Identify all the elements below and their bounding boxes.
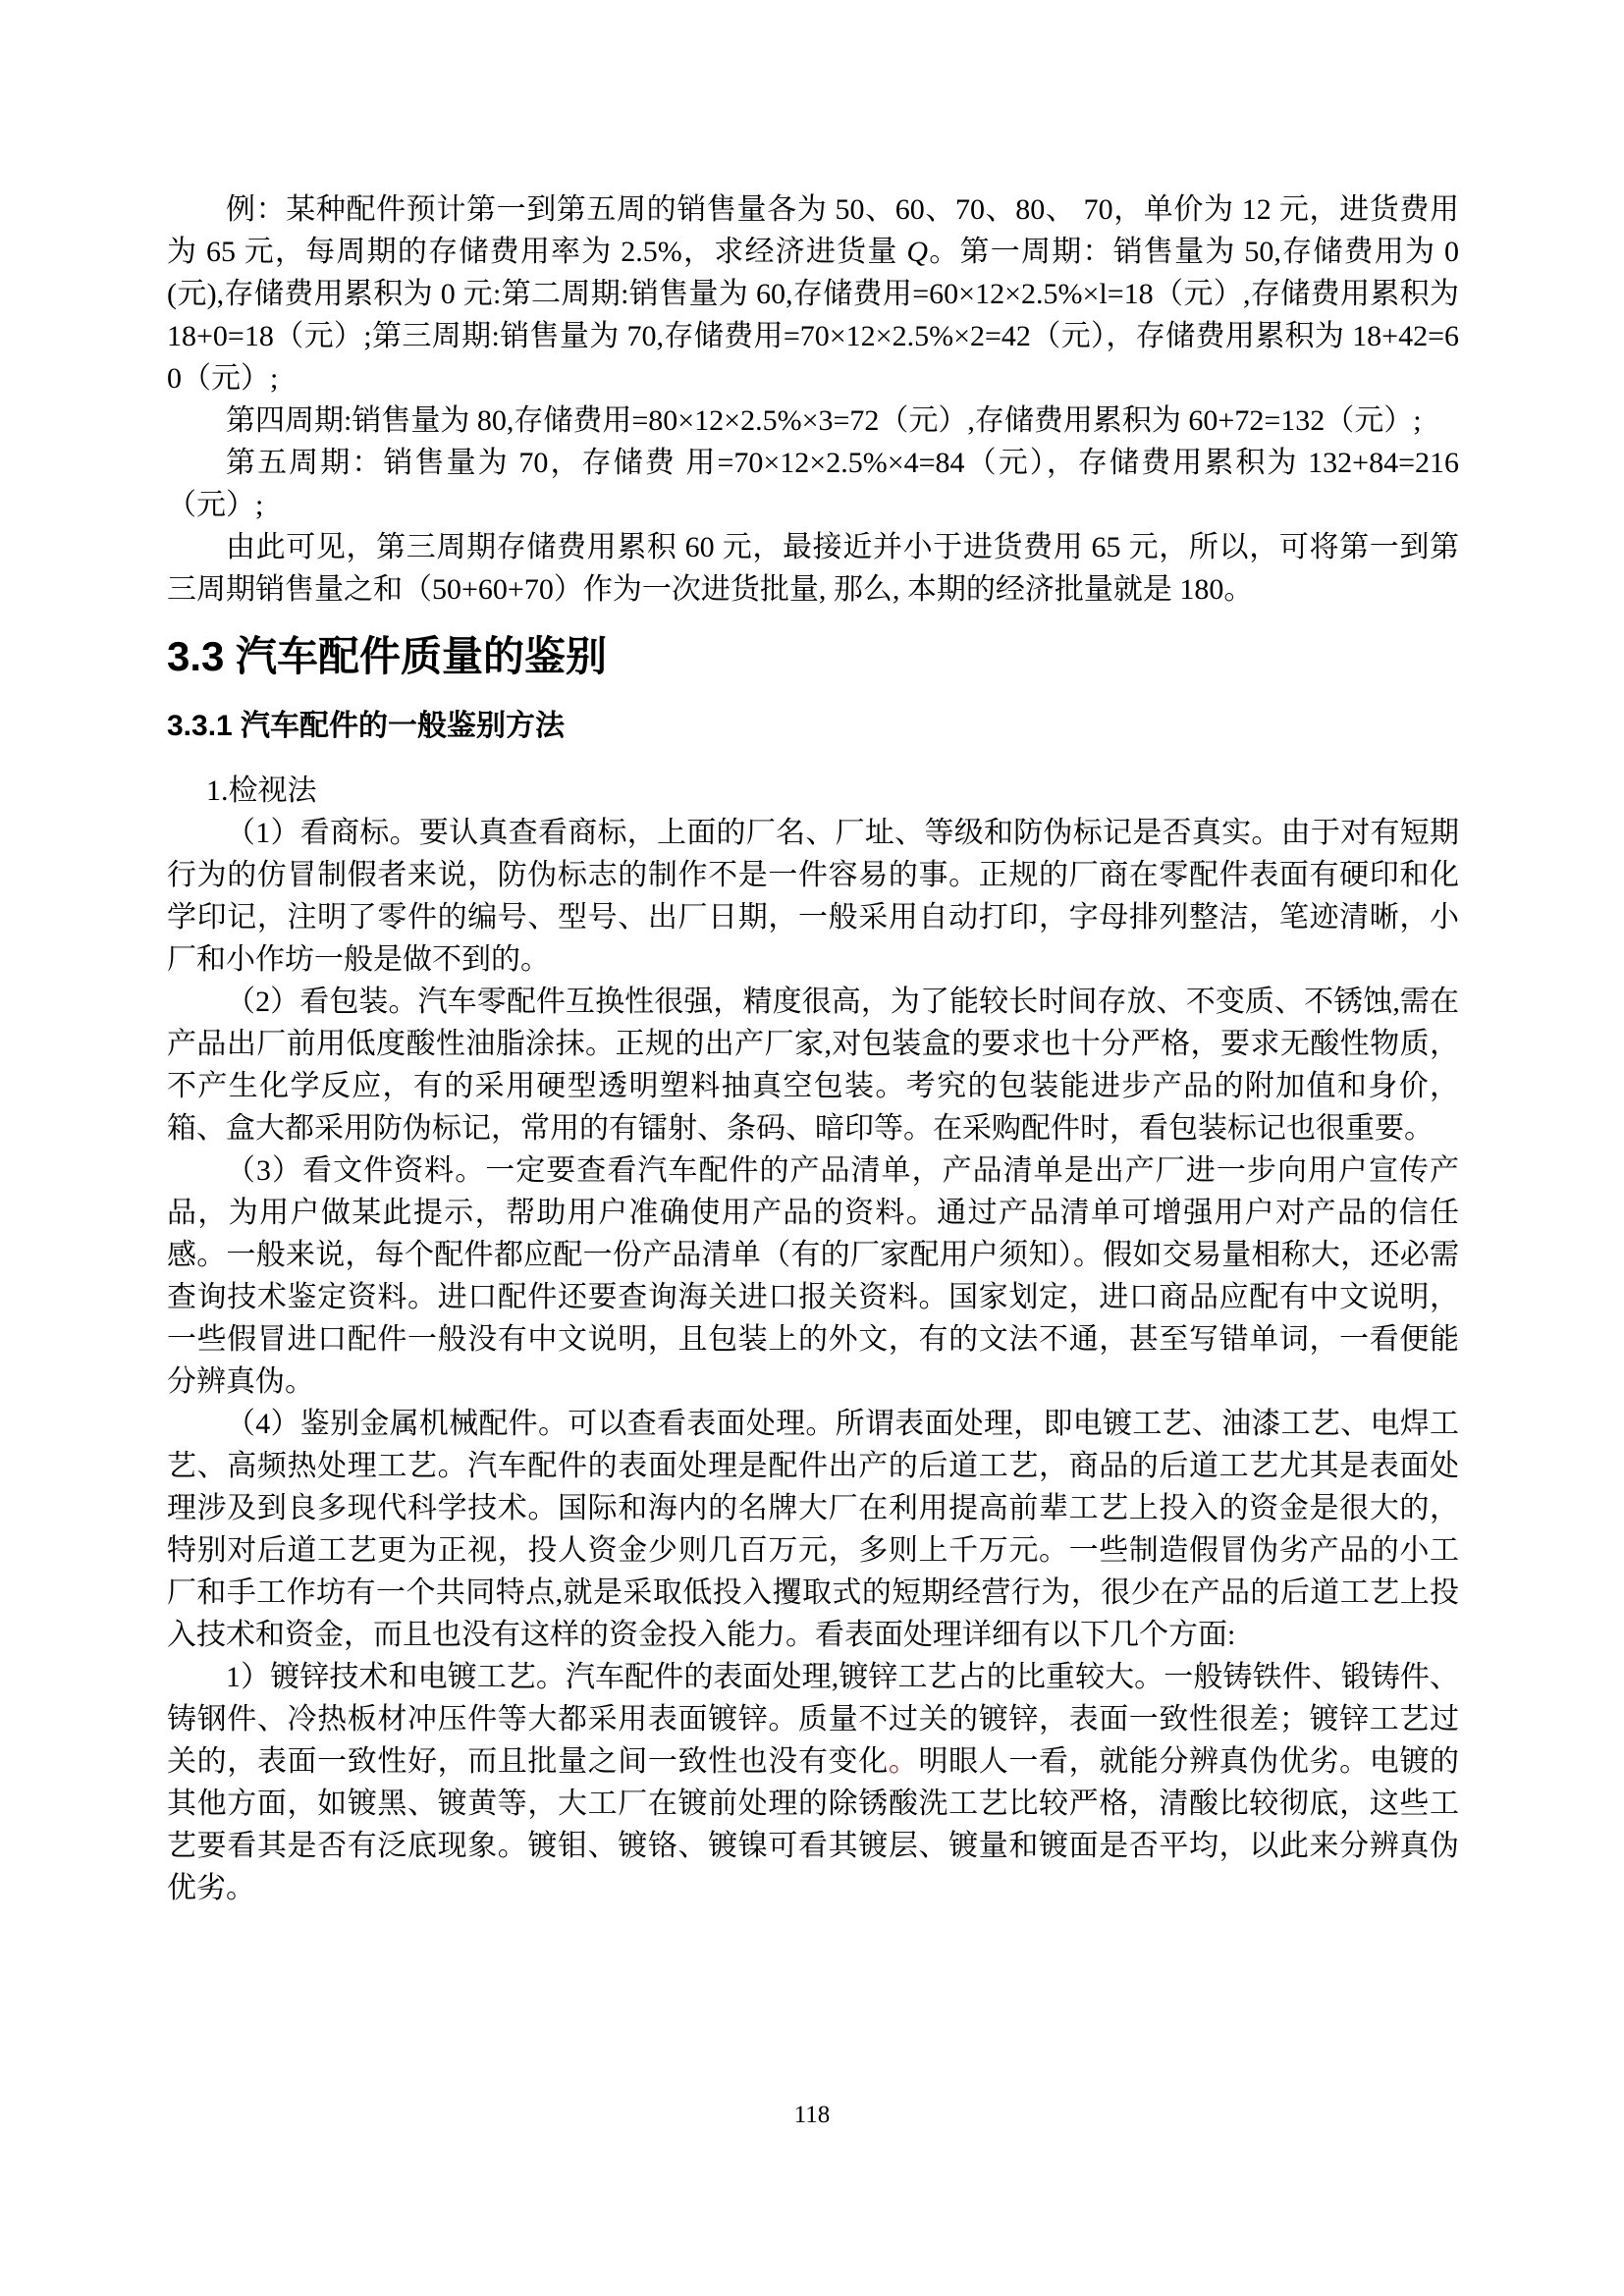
- document-page: 例：某种配件预计第一到第五周的销售量各为 50、60、70、80、 70，单价为…: [0, 0, 1624, 2296]
- page-number: 118: [0, 2101, 1624, 2130]
- paragraph-conclusion: 由此可见，第三周期存储费用累积 60 元，最接近并小于进货费用 65 元，所以，…: [167, 526, 1459, 611]
- paragraph-packaging: （2）看包装。汽车零配件互换性很强，精度很高，为了能较长时间存放、不变质、不锈蚀…: [167, 981, 1459, 1149]
- page-content: 例：某种配件预计第一到第五周的销售量各为 50、60、70、80、 70，单价为…: [167, 188, 1459, 1909]
- paragraph-trademark: （1）看商标。要认真查看商标，上面的厂名、厂址、等级和防伪标记是否真实。由于对有…: [167, 812, 1459, 981]
- paragraph-period-5: 第五周期：销售量为 70，存储费 用=70×12×2.5%×4=84（元），存储…: [167, 442, 1459, 526]
- subsection-heading-3-3-1: 3.3.1 汽车配件的一般鉴别方法: [167, 709, 1459, 744]
- method-label-inspection: 1.检视法: [167, 770, 1459, 812]
- paragraph-example-eoq: 例：某种配件预计第一到第五周的销售量各为 50、60、70、80、 70，单价为…: [167, 188, 1459, 400]
- variable-q: Q: [906, 236, 928, 268]
- paragraph-zinc-plating: 1）镀锌技术和电镀工艺。汽车配件的表面处理,镀锌工艺占的比重较大。一般铸铁件、锻…: [167, 1656, 1459, 1909]
- paragraph-period-4: 第四周期:销售量为 80,存储费用=80×12×2.5%×3=72（元）,存储费…: [167, 400, 1459, 442]
- paragraph-metal-parts: （4）鉴别金属机械配件。可以查看表面处理。所谓表面处理，即电镀工艺、油漆工艺、电…: [167, 1403, 1459, 1656]
- paragraph-documents: （3）看文件资料。一定要查看汽车配件的产品清单，产品清单是出产厂进一步向用户宣传…: [167, 1149, 1459, 1403]
- section-heading-3-3: 3.3 汽车配件质量的鉴别: [167, 632, 1459, 681]
- red-period: 。: [889, 1745, 919, 1778]
